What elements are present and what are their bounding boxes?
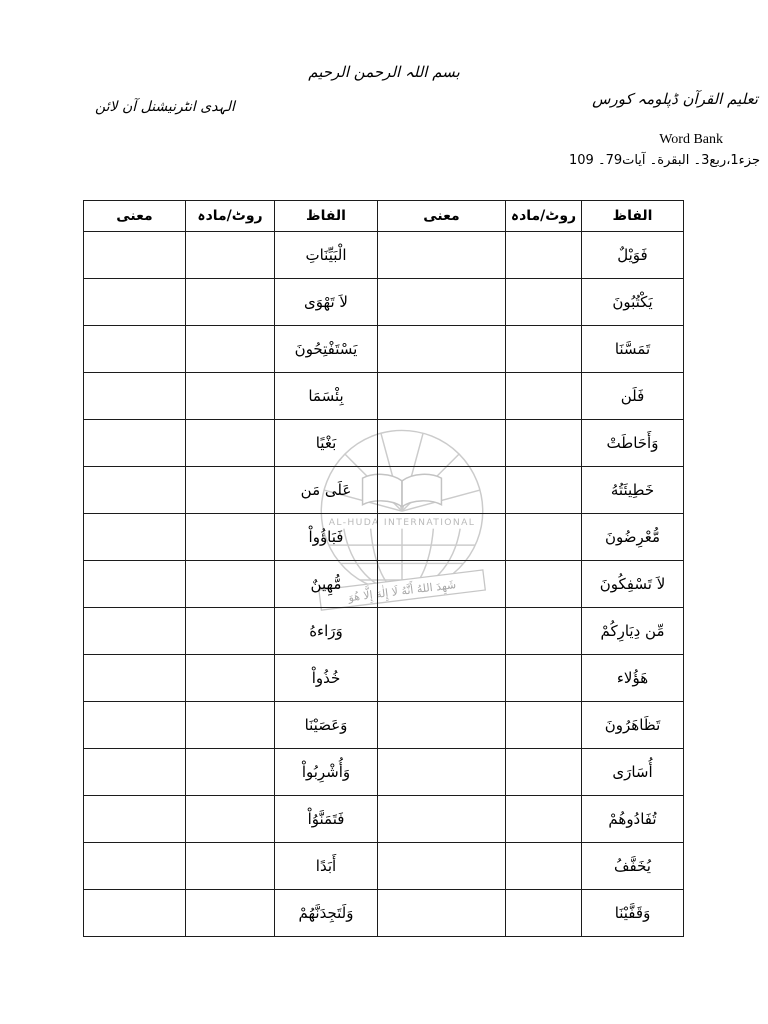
word-cell: فَتَمَنَّوُاْ (275, 796, 378, 843)
root-blank-cell (186, 796, 275, 843)
root-blank-cell (186, 561, 275, 608)
word-cell: وَأُشْرِبُواْ (275, 749, 378, 796)
meaning-blank-cell (84, 326, 186, 373)
root-blank-cell (506, 890, 582, 937)
word-cell: هَؤُلاء (582, 655, 684, 702)
word-bank-table: الفاظ روٹ/مادہ معنی الفاظ روٹ/مادہ معنی … (83, 200, 684, 937)
word-cell: عَلَى مَن (275, 467, 378, 514)
root-blank-cell (186, 890, 275, 937)
word-cell: وَلَتَجِدَنَّهُمْ (275, 890, 378, 937)
col-header-root: روٹ/مادہ (186, 201, 275, 232)
root-blank-cell (186, 326, 275, 373)
word-cell: خُذُواْ (275, 655, 378, 702)
root-blank-cell (506, 655, 582, 702)
root-blank-cell (506, 232, 582, 279)
meaning-blank-cell (84, 420, 186, 467)
root-blank-cell (506, 843, 582, 890)
word-cell: مُّعْرِضُونَ (582, 514, 684, 561)
word-cell: مِّن دِيَارِكُمْ (582, 608, 684, 655)
meaning-blank-cell (84, 890, 186, 937)
root-blank-cell (186, 749, 275, 796)
meaning-blank-cell (378, 702, 506, 749)
word-cell: يَكْتُبُونَ (582, 279, 684, 326)
root-blank-cell (506, 514, 582, 561)
document-page: بسم اللہ الرحمن الرحیم تعلیم القرآن ڈپلو… (0, 0, 768, 1024)
word-cell: فَبَاؤُواْ (275, 514, 378, 561)
table-row: مُّعْرِضُونَ فَبَاؤُواْ (84, 514, 684, 561)
word-cell: وَأَحَاطَتْ (582, 420, 684, 467)
table-row: وَقَفَّيْنَا وَلَتَجِدَنَّهُمْ (84, 890, 684, 937)
meaning-blank-cell (378, 326, 506, 373)
root-blank-cell (186, 467, 275, 514)
meaning-blank-cell (378, 608, 506, 655)
word-cell: يَسْتَفْتِحُونَ (275, 326, 378, 373)
word-cell: بَغْيًا (275, 420, 378, 467)
word-cell: مُّهِينٌ (275, 561, 378, 608)
meaning-blank-cell (84, 373, 186, 420)
root-blank-cell (186, 655, 275, 702)
root-blank-cell (186, 514, 275, 561)
meaning-blank-cell (378, 749, 506, 796)
table-row: يُخَفَّفُ أَبَدًا (84, 843, 684, 890)
word-cell: خَطِيئَتُهُ (582, 467, 684, 514)
meaning-blank-cell (378, 373, 506, 420)
root-blank-cell (186, 420, 275, 467)
word-cell: فَلَن (582, 373, 684, 420)
meaning-blank-cell (84, 608, 186, 655)
table-row: تَظَاهَرُونَ وَعَصَيْنَا (84, 702, 684, 749)
root-blank-cell (506, 608, 582, 655)
meaning-blank-cell (378, 279, 506, 326)
meaning-blank-cell (378, 890, 506, 937)
org-name: الہدی انٹرنیشنل آن لائن (95, 99, 235, 115)
meaning-blank-cell (84, 467, 186, 514)
table-body: فَوَيْلٌ الْبَيِّنَاتِ يَكْتُبُونَ لاَ ت… (84, 232, 684, 937)
word-cell: أُسَارَى (582, 749, 684, 796)
root-blank-cell (186, 232, 275, 279)
root-blank-cell (186, 608, 275, 655)
word-cell: تُفَادُوهُمْ (582, 796, 684, 843)
word-cell: وَعَصَيْنَا (275, 702, 378, 749)
word-cell: بِئْسَمَا (275, 373, 378, 420)
table-row: لاَ تَسْفِكُونَ مُّهِينٌ (84, 561, 684, 608)
meaning-blank-cell (378, 655, 506, 702)
root-blank-cell (506, 561, 582, 608)
root-blank-cell (186, 843, 275, 890)
table-row: مِّن دِيَارِكُمْ وَرَاءهُ (84, 608, 684, 655)
word-cell: تَمَسَّنَا (582, 326, 684, 373)
root-blank-cell (506, 796, 582, 843)
table-row: وَأَحَاطَتْ بَغْيًا (84, 420, 684, 467)
word-cell: وَقَفَّيْنَا (582, 890, 684, 937)
meaning-blank-cell (84, 232, 186, 279)
col-header-root: روٹ/مادہ (506, 201, 582, 232)
meaning-blank-cell (84, 796, 186, 843)
meaning-blank-cell (84, 749, 186, 796)
meaning-blank-cell (84, 561, 186, 608)
table-row: يَكْتُبُونَ لاَ تَهْوَى (84, 279, 684, 326)
meaning-blank-cell (378, 232, 506, 279)
word-cell: فَوَيْلٌ (582, 232, 684, 279)
meaning-blank-cell (378, 843, 506, 890)
word-cell: وَرَاءهُ (275, 608, 378, 655)
table-row: تَمَسَّنَا يَسْتَفْتِحُونَ (84, 326, 684, 373)
meaning-blank-cell (84, 843, 186, 890)
root-blank-cell (506, 749, 582, 796)
root-blank-cell (506, 373, 582, 420)
root-blank-cell (186, 373, 275, 420)
col-header-meaning: معنی (84, 201, 186, 232)
col-header-words: الفاظ (582, 201, 684, 232)
word-cell: تَظَاهَرُونَ (582, 702, 684, 749)
root-blank-cell (506, 279, 582, 326)
table-row: أُسَارَى وَأُشْرِبُواْ (84, 749, 684, 796)
table-row: هَؤُلاء خُذُواْ (84, 655, 684, 702)
surah-reference-line: جزء1،ربع3۔ البقرة۔ آیات79۔ 109 (569, 153, 760, 168)
root-blank-cell (186, 702, 275, 749)
meaning-blank-cell (84, 702, 186, 749)
meaning-blank-cell (84, 279, 186, 326)
table-row: خَطِيئَتُهُ عَلَى مَن (84, 467, 684, 514)
meaning-blank-cell (378, 467, 506, 514)
root-blank-cell (186, 279, 275, 326)
col-header-meaning: معنی (378, 201, 506, 232)
word-cell: يُخَفَّفُ (582, 843, 684, 890)
root-blank-cell (506, 702, 582, 749)
root-blank-cell (506, 467, 582, 514)
word-cell: لاَ تَسْفِكُونَ (582, 561, 684, 608)
meaning-blank-cell (84, 514, 186, 561)
table-row: تُفَادُوهُمْ فَتَمَنَّوُاْ (84, 796, 684, 843)
table-row: فَلَن بِئْسَمَا (84, 373, 684, 420)
root-blank-cell (506, 420, 582, 467)
meaning-blank-cell (378, 561, 506, 608)
meaning-blank-cell (378, 796, 506, 843)
word-cell: أَبَدًا (275, 843, 378, 890)
word-cell: الْبَيِّنَاتِ (275, 232, 378, 279)
table-row: فَوَيْلٌ الْبَيِّنَاتِ (84, 232, 684, 279)
col-header-words: الفاظ (275, 201, 378, 232)
table-header-row: الفاظ روٹ/مادہ معنی الفاظ روٹ/مادہ معنی (84, 201, 684, 232)
meaning-blank-cell (378, 514, 506, 561)
bismillah-text: بسم اللہ الرحمن الرحیم (0, 63, 768, 81)
word-cell: لاَ تَهْوَى (275, 279, 378, 326)
meaning-blank-cell (378, 420, 506, 467)
doc-type-label: Word Bank (659, 132, 723, 148)
meaning-blank-cell (84, 655, 186, 702)
root-blank-cell (506, 326, 582, 373)
course-title: تعلیم القرآن ڈپلومہ کورس (592, 90, 758, 108)
